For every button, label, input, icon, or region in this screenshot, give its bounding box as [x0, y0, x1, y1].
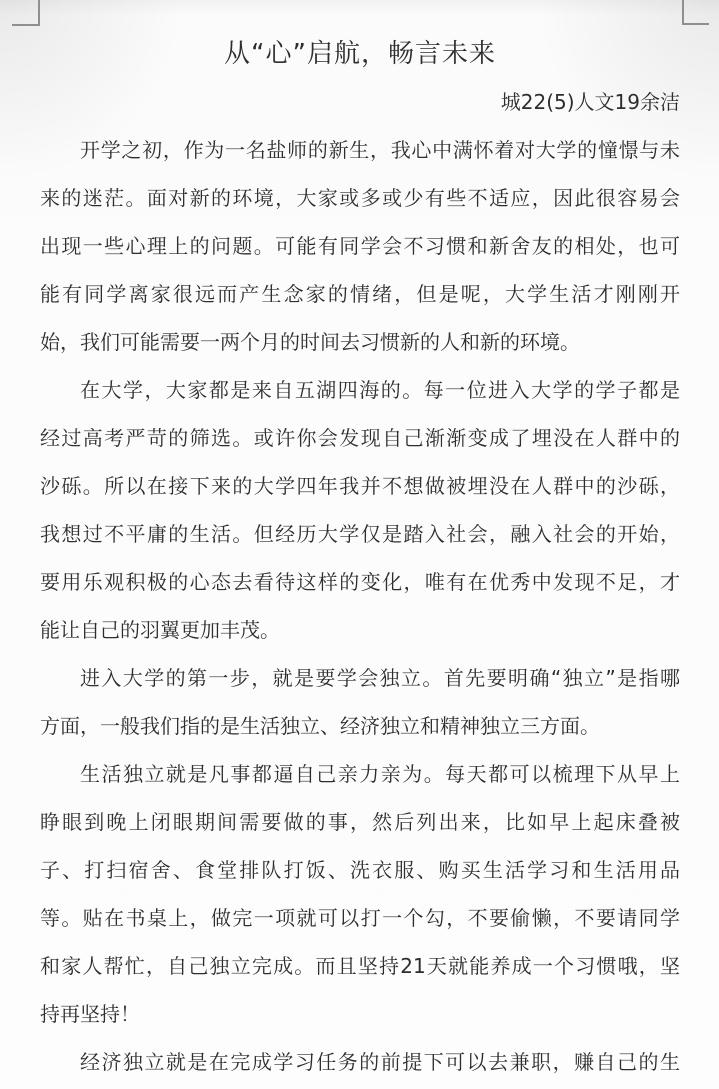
essay-paragraph: 经济独立就是在完成学习任务的前提下可以去兼职，赚自己的生 [40, 1038, 680, 1086]
essay-line: 睁眼到晚上闭眼期间需要做的事，然后列出来，比如早上起床叠被 [40, 798, 680, 846]
essay-line: 能有同学离家很远而产生念家的情绪，但是呢，大学生活才刚刚开 [40, 270, 680, 318]
essay-line: 方面，一般我们指的是生活独立、经济独立和精神独立三方面。 [40, 702, 680, 750]
essay-line: 开学之初，作为一名盐师的新生，我心中满怀着对大学的憧憬与未 [40, 126, 680, 174]
essay-line: 在大学，大家都是来自五湖四海的。每一位进入大学的学子都是 [40, 366, 680, 414]
essay-line: 生活独立就是凡事都逼自己亲力亲为。每天都可以梳理下从早上 [40, 750, 680, 798]
essay-line: 和家人帮忙，自己独立完成。而且坚持21天就能养成一个习惯哦，坚 [40, 942, 680, 990]
essay-line: 经济独立就是在完成学习任务的前提下可以去兼职，赚自己的生 [40, 1038, 680, 1086]
essay-byline: 城22(5)人文19余洁 [40, 78, 680, 126]
essay-line: 我想过不平庸的生活。但经历大学仅是踏入社会，融入社会的开始， [40, 510, 680, 558]
essay-line: 经过高考严苛的筛选。或许你会发现自己渐渐变成了埋没在人群中的 [40, 414, 680, 462]
essay-content: 从“心”启航，畅言未来 城22(5)人文19余洁 开学之初，作为一名盐师的新生，… [40, 30, 680, 1086]
essay-paragraph: 进入大学的第一步，就是要学会独立。首先要明确“独立”是指哪方面，一般我们指的是生… [40, 654, 680, 750]
essay-title: 从“心”启航，畅言未来 [40, 30, 680, 78]
essay-body: 开学之初，作为一名盐师的新生，我心中满怀着对大学的憧憬与未来的迷茫。面对新的环境… [40, 126, 680, 1086]
essay-line: 始，我们可能需要一两个月的时间去习惯新的人和新的环境。 [40, 318, 680, 366]
page-margin-mark-left [12, 0, 40, 26]
document-page: 从“心”启航，畅言未来 城22(5)人文19余洁 开学之初，作为一名盐师的新生，… [0, 0, 719, 1089]
essay-paragraph: 开学之初，作为一名盐师的新生，我心中满怀着对大学的憧憬与未来的迷茫。面对新的环境… [40, 126, 680, 366]
essay-line: 要用乐观积极的心态去看待这样的变化，唯有在优秀中发现不足，才 [40, 558, 680, 606]
page-margin-mark-right [682, 0, 709, 25]
essay-line: 子、打扫宿舍、食堂排队打饭、洗衣服、购买生活学习和生活用品 [40, 846, 680, 894]
essay-paragraph: 在大学，大家都是来自五湖四海的。每一位进入大学的学子都是经过高考严苛的筛选。或许… [40, 366, 680, 654]
essay-line: 进入大学的第一步，就是要学会独立。首先要明确“独立”是指哪 [40, 654, 680, 702]
essay-line: 来的迷茫。面对新的环境，大家或多或少有些不适应，因此很容易会 [40, 174, 680, 222]
essay-line: 能让自己的羽翼更加丰茂。 [40, 606, 680, 654]
essay-line: 持再坚持！ [40, 990, 680, 1038]
essay-line: 等。贴在书桌上，做完一项就可以打一个勾，不要偷懒，不要请同学 [40, 894, 680, 942]
essay-line: 出现一些心理上的问题。可能有同学会不习惯和新舍友的相处，也可 [40, 222, 680, 270]
essay-paragraph: 生活独立就是凡事都逼自己亲力亲为。每天都可以梳理下从早上睁眼到晚上闭眼期间需要做… [40, 750, 680, 1038]
essay-line: 沙砾。所以在接下来的大学四年我并不想做被埋没在人群中的沙砾， [40, 462, 680, 510]
